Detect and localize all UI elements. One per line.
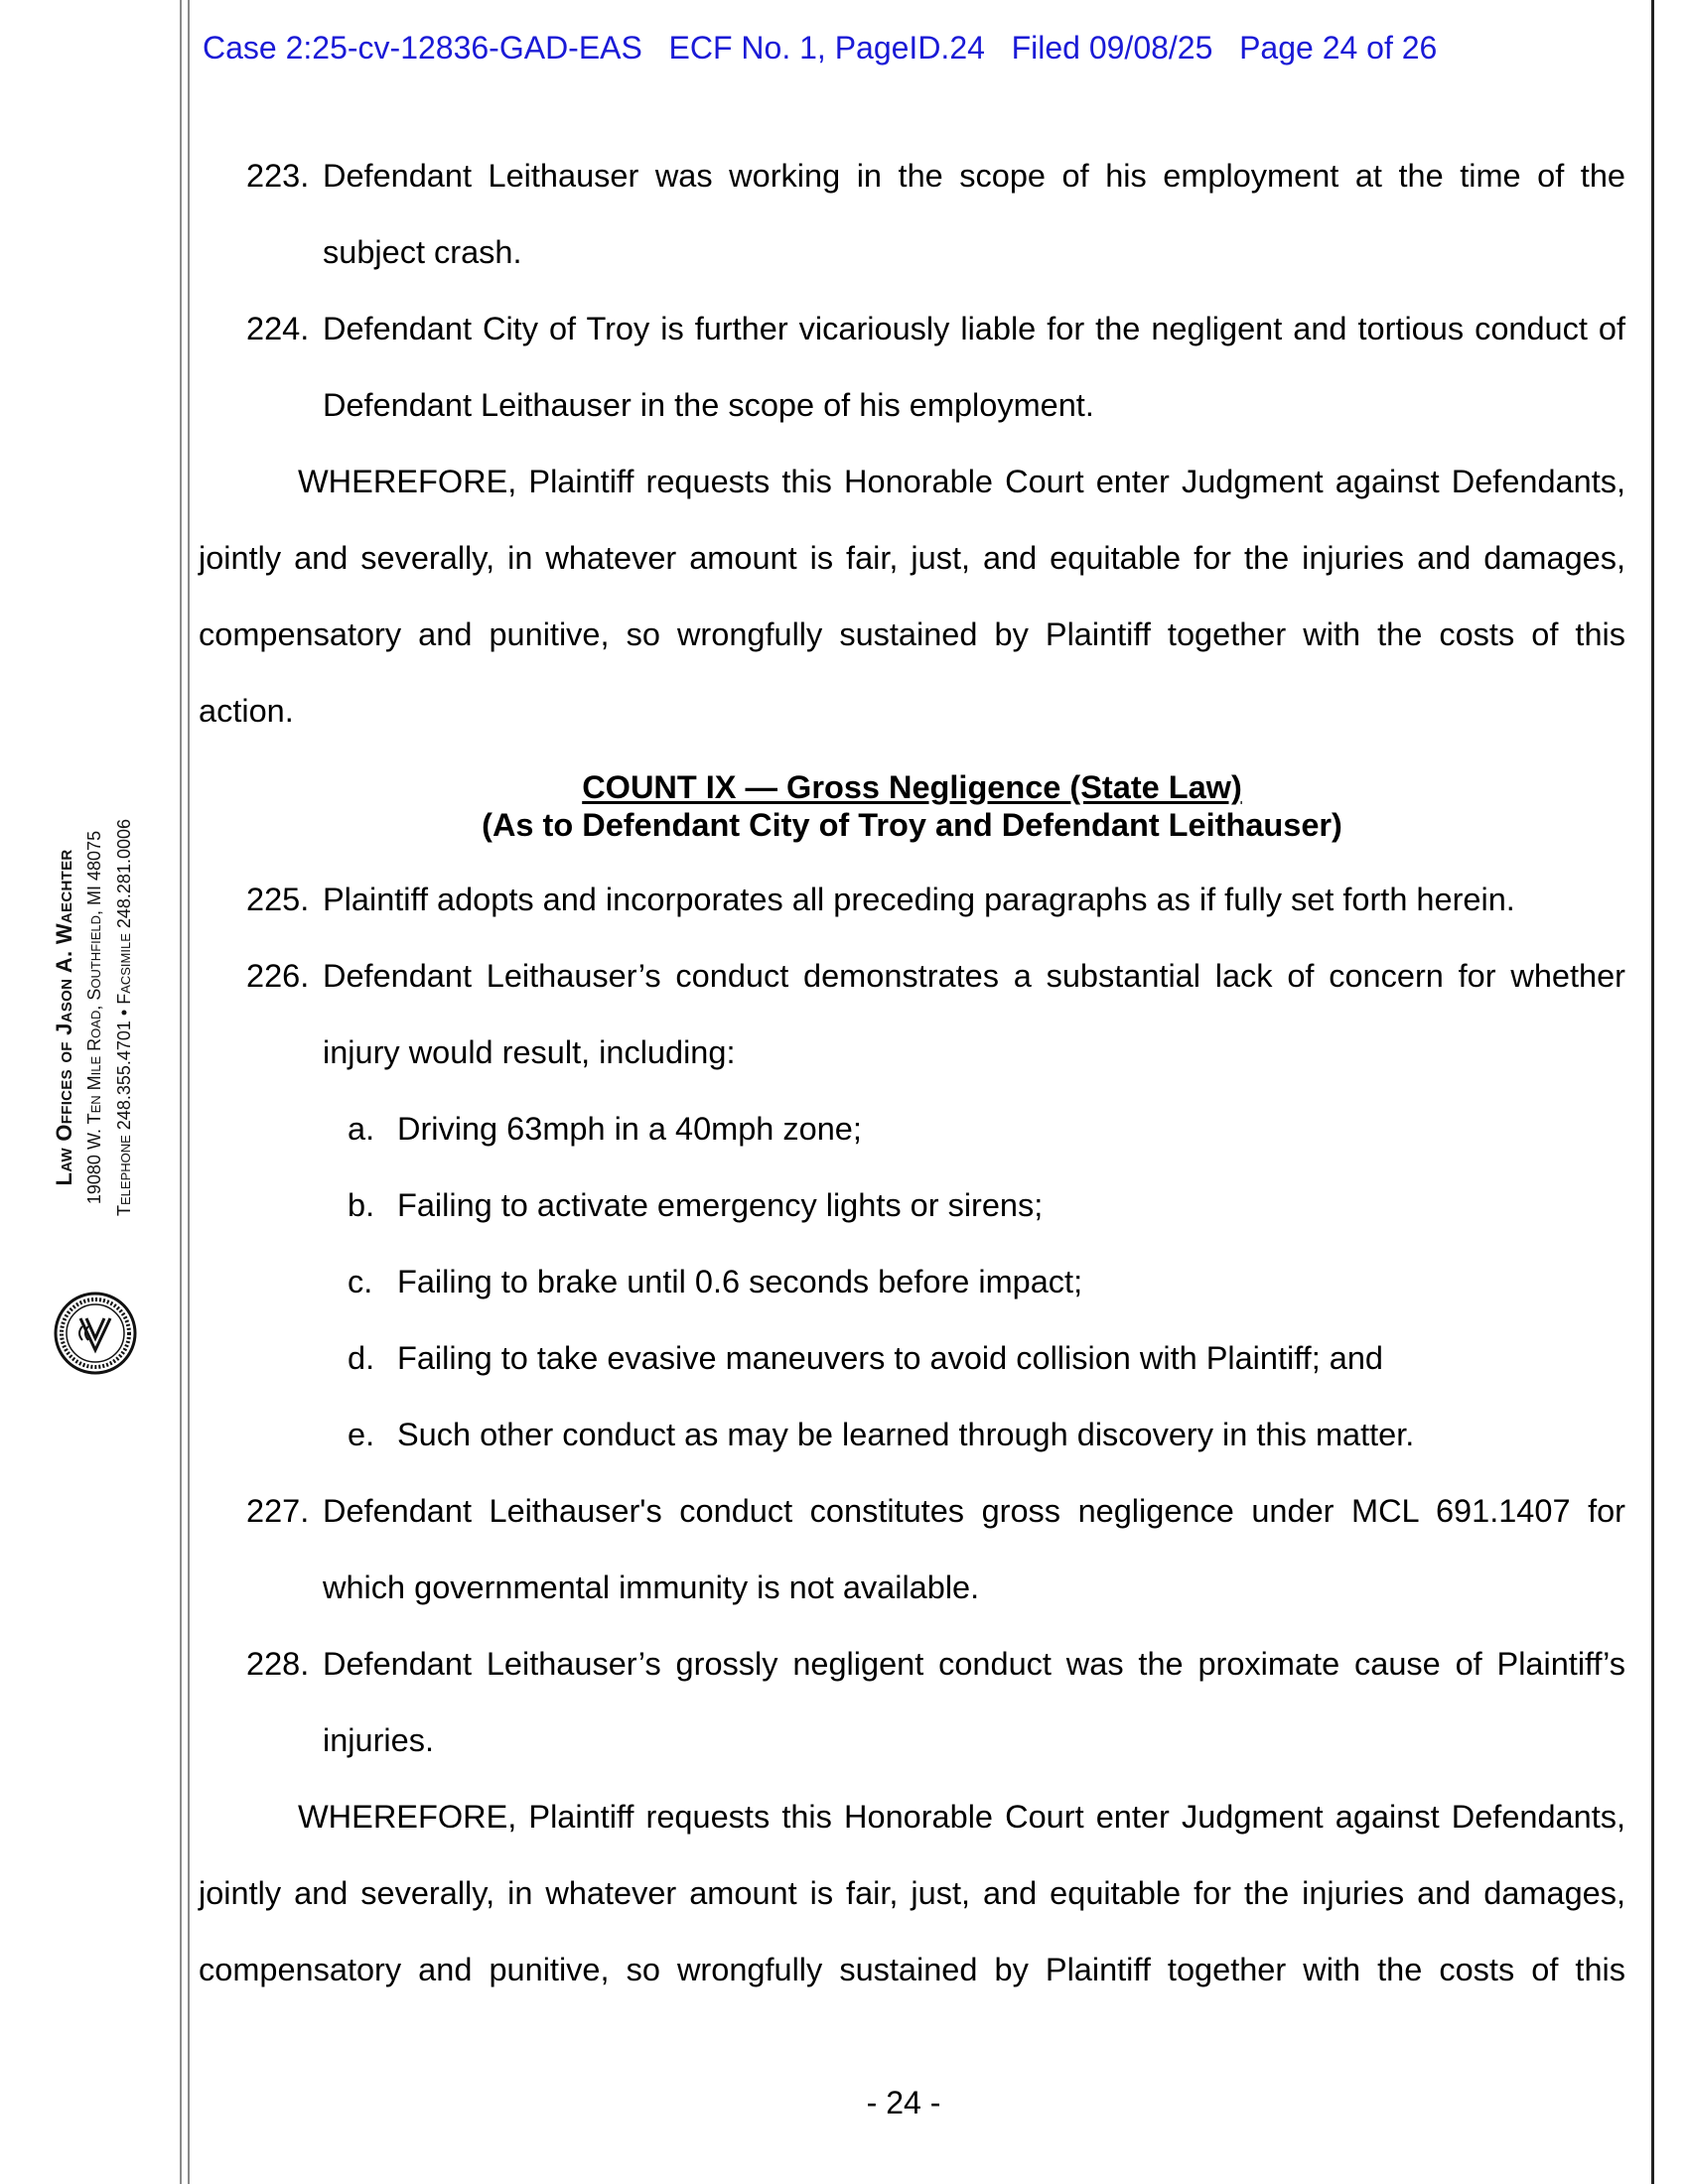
ecf-header: Case 2:25-cv-12836-GAD-EAS ECF No. 1, Pa…	[203, 30, 1437, 67]
list-item-letter: b.	[348, 1167, 374, 1244]
list-item-text: Driving 63mph in a 40mph zone;	[397, 1091, 862, 1167]
case-number: Case 2:25-cv-12836-GAD-EAS	[203, 30, 642, 66]
firm-address: 19080 W. Ten Mile Road, Southfield, MI 4…	[79, 784, 109, 1251]
paragraph-text: action.	[199, 673, 1625, 750]
paragraph-text: WHEREFORE, Plaintiff requests this Honor…	[298, 1779, 1625, 1855]
paragraph-text: jointly and severally, in whatever amoun…	[199, 520, 1625, 597]
filed-date: Filed 09/08/25	[1012, 30, 1213, 66]
paragraph-number: 228.	[246, 1626, 309, 1703]
left-margin-rule-inner	[188, 0, 190, 2184]
paragraph-text: Defendant Leithauser’s conduct demonstra…	[323, 938, 1625, 1015]
paragraph-number: 227.	[246, 1473, 309, 1550]
paragraph-text: Defendant Leithauser in the scope of his…	[323, 367, 1094, 444]
paragraph-number: 225.	[246, 862, 309, 938]
paragraph-text: compensatory and punitive, so wrongfully…	[199, 597, 1625, 673]
count-heading: COUNT IX — Gross Negligence (State Law) …	[199, 768, 1625, 844]
paragraph-text: injury would result, including:	[323, 1015, 736, 1091]
paragraph-number: 223.	[246, 138, 309, 214]
firm-sidebar: Law Offices of Jason A. Waechter 19080 W…	[50, 784, 149, 1251]
paragraph-text: Defendant Leithauser's conduct constitut…	[323, 1473, 1625, 1550]
paragraph-text: subject crash.	[323, 214, 522, 291]
paragraph-text: Defendant Leithauser was working in the …	[323, 138, 1625, 214]
right-margin-rule	[1651, 0, 1654, 2184]
paragraph-text: jointly and severally, in whatever amoun…	[199, 1855, 1625, 1932]
count-subtitle: (As to Defendant City of Troy and Defend…	[199, 806, 1625, 844]
list-item-letter: d.	[348, 1320, 374, 1397]
list-item-text: Failing to take evasive maneuvers to avo…	[397, 1320, 1383, 1397]
list-item-text: Failing to brake until 0.6 seconds befor…	[397, 1244, 1082, 1320]
list-item-letter: c.	[348, 1244, 372, 1320]
paragraph-text: injuries.	[323, 1703, 434, 1779]
firm-seal-icon	[53, 1291, 138, 1376]
left-margin-rule-outer	[180, 0, 182, 2184]
list-item-letter: a.	[348, 1091, 374, 1167]
page-number: - 24 -	[0, 2085, 1688, 2121]
paragraph-text: WHEREFORE, Plaintiff requests this Honor…	[298, 444, 1625, 520]
paragraph-text: compensatory and punitive, so wrongfully…	[199, 1932, 1625, 2008]
list-item-letter: e.	[348, 1397, 374, 1473]
firm-name: Law Offices of Jason A. Waechter	[50, 784, 79, 1251]
firm-phones: Telephone 248.355.4701 • Facsimile 248.2…	[109, 784, 139, 1251]
list-item-text: Failing to activate emergency lights or …	[397, 1167, 1043, 1244]
count-title: COUNT IX — Gross Negligence (State Law)	[199, 768, 1625, 806]
paragraph-text: Defendant Leithauser’s grossly negligent…	[323, 1626, 1625, 1703]
list-item-text: Such other conduct as may be learned thr…	[397, 1397, 1414, 1473]
paragraph-number: 224.	[246, 291, 309, 367]
paragraph-text: which governmental immunity is not avail…	[323, 1550, 979, 1626]
paragraph-text: Plaintiff adopts and incorporates all pr…	[323, 862, 1625, 938]
paragraph-text: Defendant City of Troy is further vicari…	[323, 291, 1625, 367]
paragraph-number: 226.	[246, 938, 309, 1015]
page-of: Page 24 of 26	[1239, 30, 1437, 66]
ecf-number: ECF No. 1, PageID.24	[669, 30, 985, 66]
